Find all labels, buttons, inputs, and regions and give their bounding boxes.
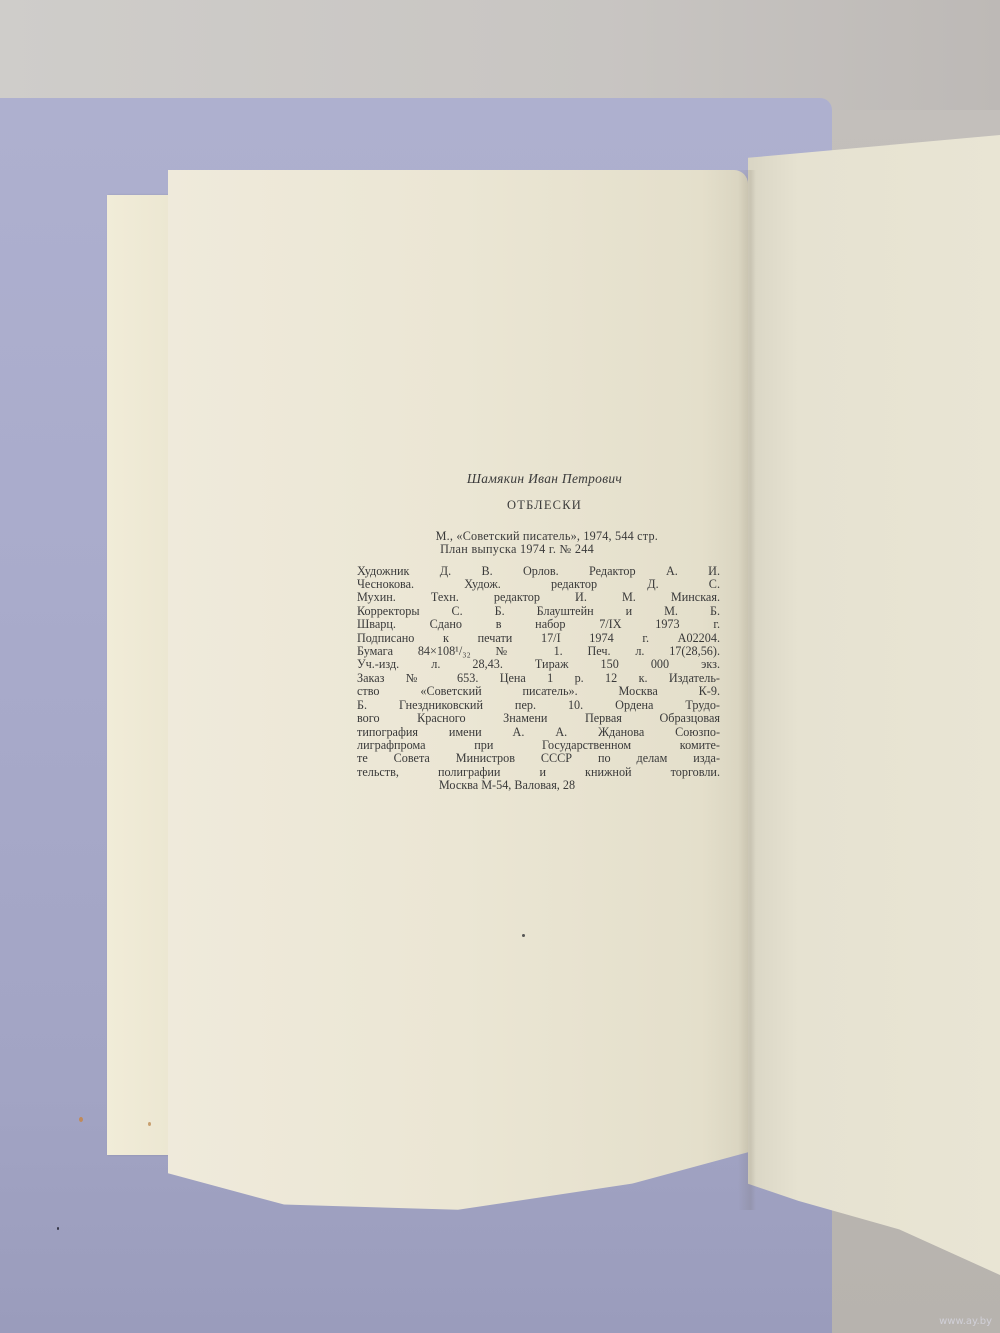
right-book-page: [748, 135, 1000, 1275]
imprint-line: типография имени А. А. Жданова Союзпо-: [357, 726, 720, 739]
book-cover-edge: [107, 195, 169, 1155]
imprint-line: вого Красного Знамени Первая Образцовая: [357, 712, 720, 725]
imprint-line: Шварц. Сдано в набор 7/IX 1973 г.: [357, 618, 720, 631]
book-title: ОТБЛЕСКИ: [367, 499, 722, 512]
paper-speck: [522, 934, 525, 937]
imprint-line: Заказ № 653. Цена 1 р. 12 к. Издатель-: [357, 672, 720, 685]
imprint-line: Мухин. Техн. редактор И. М. Минская.: [357, 591, 720, 604]
background-wall: [0, 0, 1000, 110]
publication-plan-line: План выпуска 1974 г. № 244: [357, 543, 722, 556]
imprint-details: Художник Д. В. Орлов. Редактор А. И. Чес…: [357, 565, 720, 793]
paper-stain: [79, 1117, 83, 1122]
publication-line: М., «Советский писатель», 1974, 544 стр.: [357, 530, 722, 543]
imprint-line: Художник Д. В. Орлов. Редактор А. И.: [357, 565, 720, 578]
imprint-line: тельств, полиграфии и книжной торговли.: [357, 766, 720, 779]
imprint-line: Чеснокова. Худож. редактор Д. С.: [357, 578, 720, 591]
imprint-line: Уч.-изд. л. 28,43. Тираж 150 000 экз.: [357, 658, 720, 671]
paper-stain: [148, 1122, 151, 1126]
author-name: Шамякин Иван Петрович: [367, 472, 722, 485]
book-gutter-shadow: [738, 170, 756, 1210]
imprint-line: Бумага 84×108¹/₃₂ № 1. Печ. л. 17(28,56)…: [357, 645, 720, 658]
colophon-block: Шамякин Иван Петрович ОТБЛЕСКИ М., «Сове…: [357, 472, 722, 793]
site-watermark: www.ay.by: [939, 1316, 992, 1327]
imprint-line: Б. Гнездниковский пер. 10. Ордена Трудо-: [357, 699, 720, 712]
paper-speck: [57, 1227, 59, 1230]
printer-address: Москва М-54, Валовая, 28: [357, 779, 657, 792]
imprint-line: те Совета Министров СССР по делам изда-: [357, 752, 720, 765]
imprint-line: лиграфпрома при Государственном комите-: [357, 739, 720, 752]
imprint-line: Подписано к печати 17/I 1974 г. А02204.: [357, 632, 720, 645]
imprint-line: ство «Советский писатель». Москва К-9.: [357, 685, 720, 698]
imprint-line: Корректоры С. Б. Блауштейн и М. Б.: [357, 605, 720, 618]
